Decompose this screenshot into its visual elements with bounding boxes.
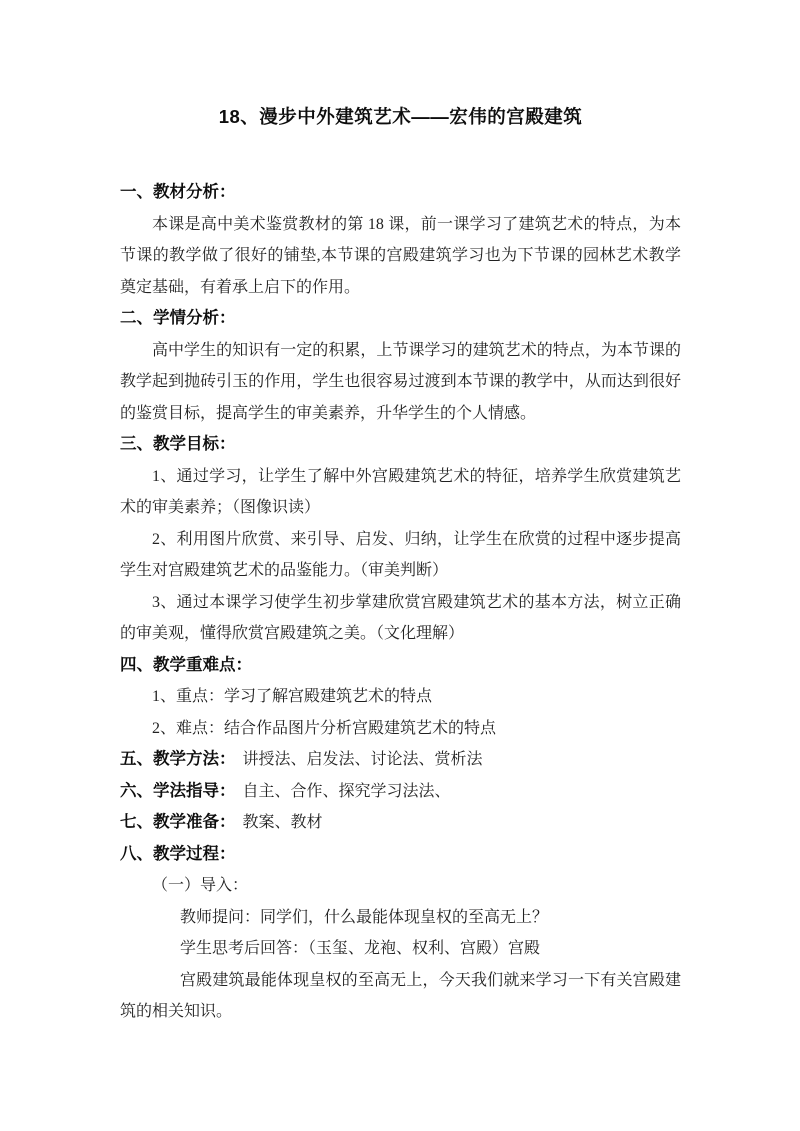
- document-page: 18、漫步中外建筑艺术——宏伟的宫殿建筑 一、教材分析： 本课是高中美术鉴赏教材…: [0, 0, 800, 1131]
- section-heading-6: 六、学法指导：: [120, 782, 236, 800]
- lead-in-paragraph: 宫殿建筑最能体现皇权的至高无上，今天我们就来学习一下有关宫殿建筑的相关知识。: [120, 965, 681, 1028]
- section-heading-4: 四、教学重难点：: [120, 650, 681, 682]
- teacher-question-line: 教师提问：同学们，什么最能体现皇权的至高无上？: [120, 902, 681, 934]
- difficult-point-item: 2、难点：结合作品图片分析宫殿建筑艺术的特点: [120, 713, 681, 745]
- student-answer-line: 学生思考后回答：（玉玺、龙袍、权利、宫殿）宫殿: [120, 933, 681, 965]
- section-heading-1: 一、教材分析：: [120, 177, 681, 209]
- section-7-line: 七、教学准备：教案、教材: [120, 807, 681, 839]
- objective-item-1: 1、通过学习，让学生了解中外宫殿建筑艺术的特征，培养学生欣赏建筑艺术的审美素养；…: [120, 461, 681, 524]
- objective-item-2: 2、利用图片欣赏、来引导、启发、归纳，让学生在欣赏的过程中逐步提高学生对宫殿建筑…: [120, 524, 681, 587]
- section-7-content: 教案、教材: [243, 814, 323, 831]
- lead-in-subheading: （一）导入：: [120, 870, 681, 902]
- section-heading-7: 七、教学准备：: [120, 813, 236, 831]
- section-1-paragraph: 本课是高中美术鉴赏教材的第 18 课，前一课学习了建筑艺术的特点，为本节课的教学…: [120, 209, 681, 304]
- objective-item-3: 3、通过本课学习使学生初步掌建欣赏宫殿建筑艺术的基本方法，树立正确的审美观，懂得…: [120, 587, 681, 650]
- section-heading-3: 三、教学目标：: [120, 429, 681, 461]
- section-6-line: 六、学法指导：自主、合作、探究学习法法、: [120, 776, 681, 808]
- key-point-item: 1、重点：学习了解宫殿建筑艺术的特点: [120, 681, 681, 713]
- section-5-line: 五、教学方法：讲授法、启发法、讨论法、赏析法: [120, 744, 681, 776]
- section-5-content: 讲授法、启发法、讨论法、赏析法: [243, 751, 483, 768]
- section-heading-5: 五、教学方法：: [120, 750, 236, 768]
- section-heading-8: 八、教学过程：: [120, 839, 681, 871]
- section-6-content: 自主、合作、探究学习法法、: [243, 783, 451, 800]
- document-title: 18、漫步中外建筑艺术——宏伟的宫殿建筑: [120, 104, 681, 130]
- section-heading-2: 二、学情分析：: [120, 303, 681, 335]
- section-2-paragraph: 高中学生的知识有一定的积累，上节课学习的建筑艺术的特点，为本节课的教学起到抛砖引…: [120, 335, 681, 430]
